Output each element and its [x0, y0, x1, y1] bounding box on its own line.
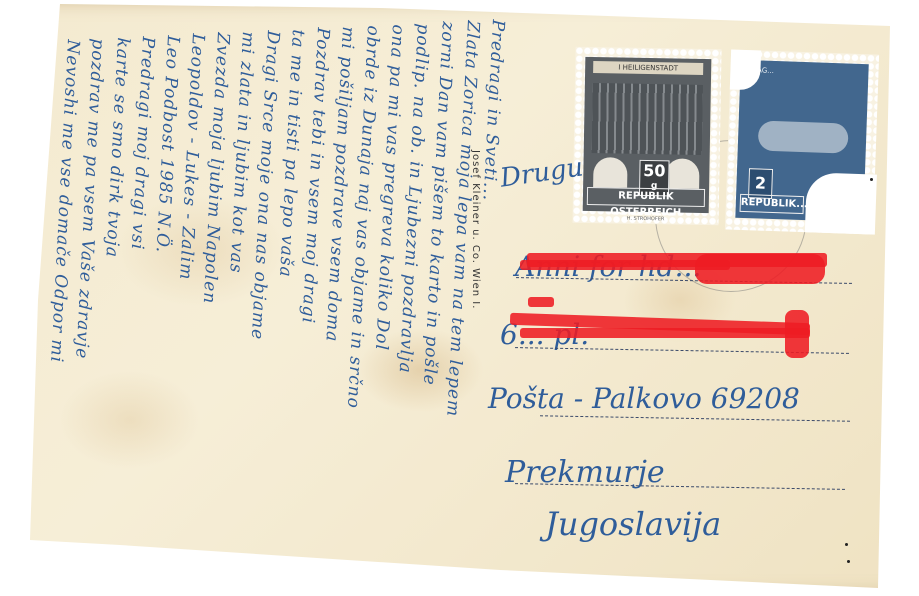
building-illustration [592, 83, 703, 155]
stamp-image: KLAG... 2 REPUBLIK... [735, 60, 868, 222]
paper-speck [845, 543, 848, 546]
publisher-imprint: Josef Kleiner u. Co. Wien I. [470, 150, 481, 309]
stamp-title: KLAG... [748, 64, 860, 80]
redaction-bar [520, 328, 810, 338]
stamp-value-number: 50 [643, 161, 666, 180]
stamp-title: I HEILIGENSTADT [593, 61, 703, 75]
stamp-heiligenstadt: I HEILIGENSTADT 50 g REPUBLIK OSTERREICH… [572, 47, 721, 226]
stamp-country: REPUBLIK... [740, 194, 805, 214]
redaction-bar [785, 310, 809, 358]
stamp-image: I HEILIGENSTADT 50 g REPUBLIK OSTERREICH… [583, 57, 712, 213]
stamp-klagenfurt: KLAG... 2 REPUBLIK... [725, 49, 879, 234]
redaction-bar [528, 297, 554, 307]
stamp-engraver: H. STROHOFER [583, 215, 709, 223]
redaction-bar [695, 254, 825, 284]
torn-area [805, 172, 877, 234]
arch-left [593, 157, 628, 188]
dragon-illustration [758, 120, 849, 153]
address-line-5: Jugoslavija [545, 505, 721, 543]
torn-area [730, 49, 761, 90]
address-line-3: Pošta - Palkovo 69208 [488, 382, 800, 415]
postcard: Predragi in Sveti...Zlata Zorica moja le… [0, 0, 919, 596]
stamp-country: REPUBLIK OSTERREICH [587, 187, 705, 207]
paper-speck [870, 178, 873, 181]
arch-right [665, 158, 700, 189]
paper-speck [847, 560, 850, 563]
